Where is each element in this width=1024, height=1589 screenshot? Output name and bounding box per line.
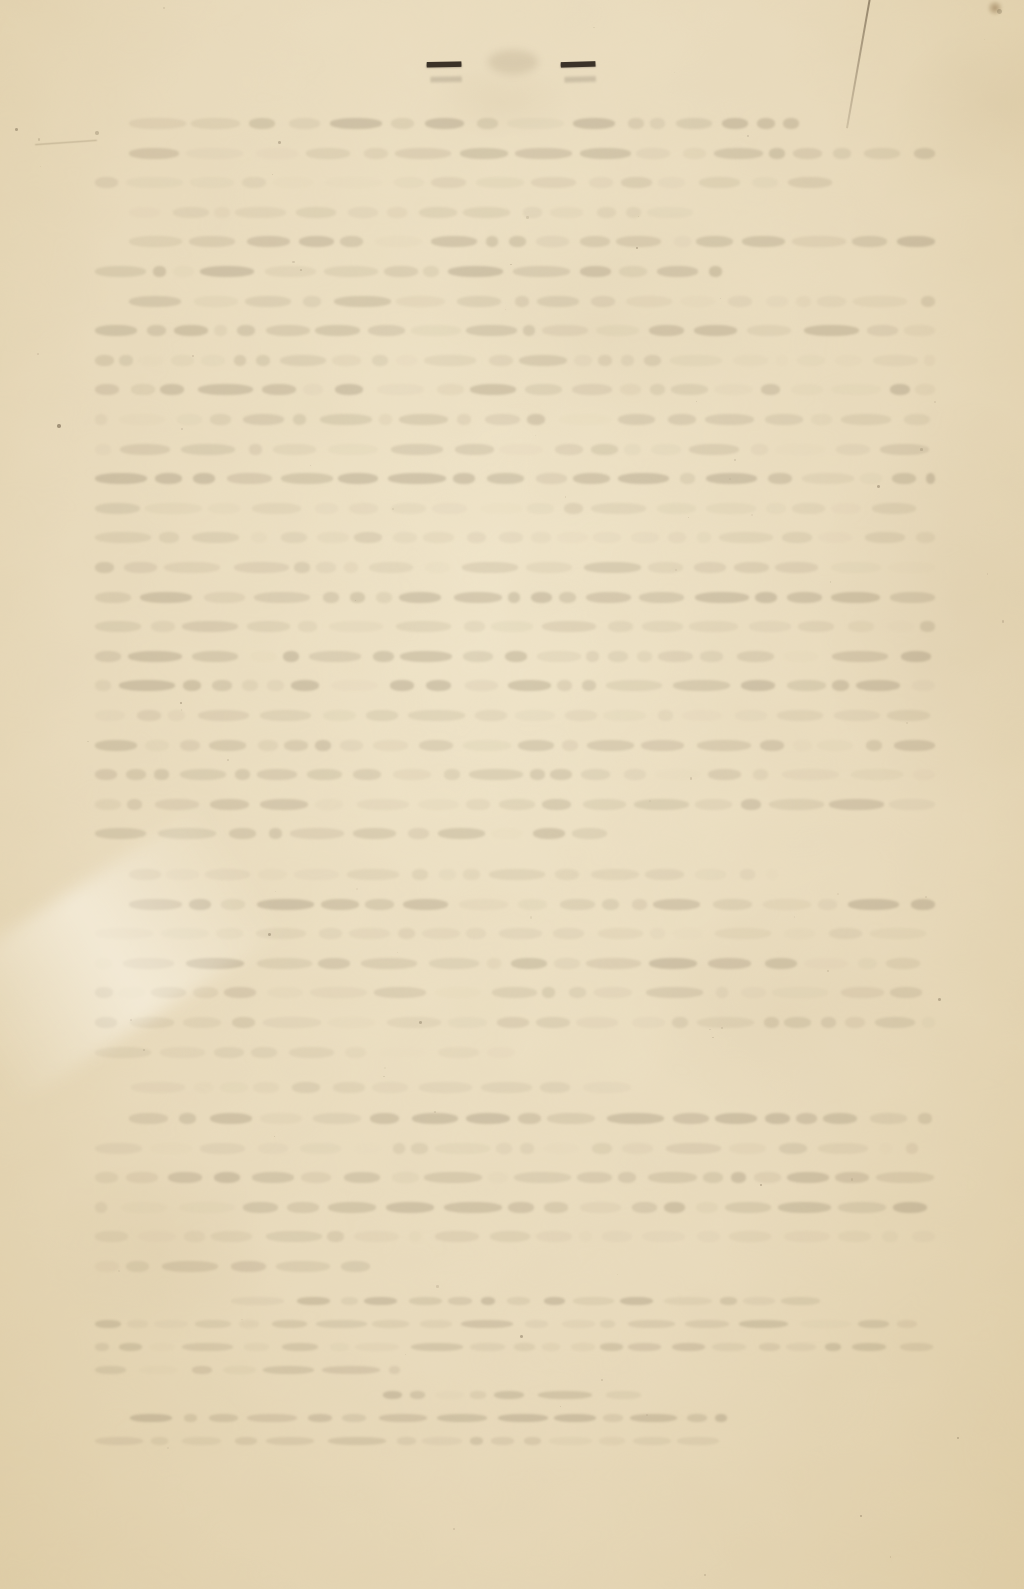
faded-word [120,444,170,455]
faded-word [310,987,367,998]
faded-word [897,236,935,247]
faded-word [742,236,784,247]
faded-word [95,1366,126,1374]
faded-word [496,1143,512,1154]
faded-word [926,473,935,484]
faded-word [435,1391,464,1399]
faded-word [725,1202,771,1213]
faded-text-line [95,355,935,366]
faded-word [491,1437,514,1445]
paper-speck [906,722,908,724]
faded-word [778,1202,831,1213]
faded-word [606,1391,641,1399]
paper-speck [118,1270,120,1272]
faded-word [918,1113,932,1124]
faded-word [419,740,453,751]
faded-word [573,473,610,484]
faded-word [793,148,823,159]
faded-word [781,1297,821,1305]
faded-word [860,473,882,484]
faded-word [574,355,592,366]
faded-word [882,1231,898,1242]
faded-word [555,869,579,880]
faded-word [831,503,861,514]
faded-word [119,1343,142,1351]
faded-word [365,899,394,910]
faded-word [804,958,848,969]
faded-word [429,958,479,969]
faded-word [154,1320,189,1328]
paper-speck [526,216,528,218]
faded-word [235,207,286,218]
paper-speck [95,131,99,135]
faded-word [542,1343,560,1351]
faded-word [95,384,119,395]
faded-word [834,710,880,721]
faded-word [591,296,615,307]
faded-word [95,562,114,573]
faded-word [921,296,935,307]
faded-word [648,1172,696,1183]
faded-word [126,1172,157,1183]
faded-word [922,1017,935,1028]
faded-word [327,1231,344,1242]
faded-word [211,1231,252,1242]
faded-word [194,296,238,307]
faded-word [435,987,481,998]
faded-text-line [131,1082,643,1093]
faded-word [841,414,890,425]
faded-word [733,355,769,366]
faded-word [848,621,875,632]
faded-word [425,118,465,129]
faded-text-line [95,503,935,514]
faded-word [391,118,414,129]
paper-speck [300,269,302,271]
faded-word [129,1113,168,1124]
faded-word [602,1231,632,1242]
faded-word [464,621,485,632]
faded-word [870,1113,907,1124]
faded-word [580,266,611,277]
faded-word [494,1391,525,1399]
faded-word [685,1320,729,1328]
faded-text-line [95,799,935,810]
faded-word [591,444,617,455]
faded-word [777,710,823,721]
faded-word [709,266,722,277]
faded-word [653,899,699,910]
faded-word [565,710,597,721]
faded-word [841,987,884,998]
faded-word [480,503,521,514]
faded-word [463,740,512,751]
faded-word [682,710,722,721]
paper-speck [15,128,18,131]
faded-word [328,444,378,455]
faded-word [408,710,465,721]
faded-word [765,1113,790,1124]
faded-word [600,1343,623,1351]
faded-word [320,414,372,425]
faded-word [266,1231,322,1242]
faded-word [865,532,905,543]
faded-word [145,740,169,751]
faded-word [741,799,761,810]
faded-word [127,1320,148,1328]
faded-word [126,1261,149,1272]
faded-word [290,828,343,839]
faded-word [524,1437,541,1445]
faded-word [518,1113,540,1124]
faded-word [340,740,363,751]
faded-word [536,1231,572,1242]
faded-word [227,473,272,484]
faded-word [618,473,669,484]
faded-word [129,118,186,129]
faded-word [560,899,595,910]
faded-word [572,384,612,395]
faded-word [649,958,697,969]
faded-word [355,1343,399,1351]
faded-word [783,118,799,129]
faded-word [260,710,311,721]
faded-word [140,592,191,603]
faded-word [523,325,536,336]
faded-word [214,1047,244,1058]
faded-word [655,769,700,780]
faded-word [751,444,768,455]
faded-word [681,296,716,307]
faded-word [147,325,165,336]
faded-word [131,1082,185,1093]
faded-word [353,769,380,780]
paper-speck [704,1574,706,1576]
faded-word [600,1320,616,1328]
faded-word [488,1172,508,1183]
faded-word [886,958,920,969]
faded-word [599,1437,625,1445]
faded-word [422,1437,462,1445]
faded-word [870,928,926,939]
faded-word [557,680,572,691]
faded-word [95,1261,119,1272]
faded-word [657,266,697,277]
faded-word [687,1414,706,1422]
faded-word [180,740,200,751]
faded-word [173,266,194,277]
faded-word [431,236,477,247]
faded-word [95,532,151,543]
paper-speck [837,893,839,895]
faded-text-line [95,1231,935,1242]
faded-word [491,621,533,632]
faded-text-line [95,1047,515,1058]
paper-speck [920,448,923,451]
faded-word [127,799,142,810]
faded-word [589,177,614,188]
faded-word [603,1414,622,1422]
faded-word [476,177,524,188]
faded-word [536,236,569,247]
paper-speck [278,141,281,144]
faded-word [559,414,611,425]
faded-word [769,799,823,810]
faded-word [95,799,121,810]
faded-word [95,592,131,603]
faded-word [180,769,226,780]
faded-word [392,1172,419,1183]
faded-word [418,799,460,810]
faded-word [508,680,551,691]
faded-word [251,1047,277,1058]
faded-word [386,1202,434,1213]
faded-word [544,1143,579,1154]
faded-word [697,1231,720,1242]
faded-word [200,266,254,277]
paper-speck [938,998,941,1001]
faded-word [237,325,255,336]
faded-word [796,296,811,307]
scanned-book-page: — — — — [0,0,1024,1589]
faded-word [624,769,646,780]
faded-word [155,473,182,484]
faded-word [772,987,828,998]
faded-word [119,355,132,366]
faded-text-line [95,1143,935,1154]
faded-word [330,1343,349,1351]
faded-word [231,1261,266,1272]
faded-word [784,1231,829,1242]
faded-word [160,384,184,395]
faded-word [569,987,587,998]
faded-word [888,621,913,632]
faded-word [171,355,194,366]
paper-speck [37,353,39,355]
faded-word [696,1202,718,1213]
faded-word [715,1414,727,1422]
faded-word [542,987,555,998]
faded-word [377,384,424,395]
faded-word [251,532,267,543]
faded-word [124,562,157,573]
faded-word [384,266,417,277]
faded-word [832,651,889,662]
faded-word [697,1017,753,1028]
faded-word [179,1202,235,1213]
faded-word [875,1017,915,1028]
faded-word [817,296,846,307]
faded-word [505,651,527,662]
faded-word [331,680,378,691]
faded-word [282,1343,318,1351]
faded-word [765,958,798,969]
faded-word [562,740,578,751]
faded-word [766,869,777,880]
faded-word [580,1202,622,1213]
faded-word [554,958,580,969]
faded-word [677,1437,719,1445]
faded-word [519,355,567,366]
faded-word [490,1231,530,1242]
faded-word [177,414,202,425]
faded-word [410,1391,425,1399]
faded-word [389,1366,400,1374]
faded-word [796,1113,818,1124]
paper-speck [383,1076,384,1077]
faded-word [376,592,392,603]
faded-word [911,899,935,910]
faded-word [626,296,672,307]
faded-word [564,503,583,514]
faded-word [636,148,670,159]
faded-word [463,869,480,880]
faded-word [664,1202,685,1213]
faded-word [904,414,930,425]
paper-speck [860,1515,862,1517]
faded-word [315,503,339,514]
paper-speck [419,1021,422,1024]
faded-word [463,207,510,218]
faded-word [766,503,787,514]
faded-word [235,769,250,780]
faded-word [391,503,426,514]
faded-word [695,592,749,603]
faded-word [597,207,616,218]
faded-word [477,118,497,129]
faded-word [651,444,680,455]
faded-word [689,444,739,455]
faded-word [740,869,755,880]
faded-word [784,1017,811,1028]
faded-word [276,1261,330,1272]
faded-word [719,532,773,543]
faded-text-line [129,236,935,247]
faded-word [423,266,440,277]
faded-word [372,1082,408,1093]
faded-word [194,1082,214,1093]
faded-word [920,621,935,632]
faded-word [335,384,364,395]
faded-word [829,799,883,810]
faded-word [508,592,520,603]
faded-text-line [95,1320,933,1328]
faded-text-line [129,296,935,307]
faded-word [775,562,818,573]
faded-word [265,266,316,277]
faded-word [183,1017,221,1028]
faded-word [864,148,900,159]
faded-word [818,899,837,910]
faded-text-line [95,532,935,543]
faded-word [766,296,788,307]
faded-word [269,828,282,839]
faded-word [832,680,849,691]
faded-text-line [95,1343,933,1351]
faded-word [912,680,935,691]
faded-word [481,1297,495,1305]
faded-word [299,236,335,247]
faded-word [151,1437,169,1445]
faded-word [126,769,146,780]
faded-word [906,1143,918,1154]
faded-word [632,1017,665,1028]
faded-word [562,1320,595,1328]
faded-word [547,1113,595,1124]
faded-word [198,384,253,395]
faded-word [95,710,125,721]
faded-word [361,958,417,969]
faded-word [858,958,877,969]
faded-word [244,1343,268,1351]
faded-word [838,1202,886,1213]
faded-text-line [95,621,935,632]
faded-word [131,384,154,395]
faded-word [642,1231,684,1242]
faded-word [138,1231,176,1242]
faded-word [192,651,238,662]
faded-word [634,799,690,810]
faded-word [658,710,673,721]
faded-text-line [129,207,693,218]
paper-speck [1002,620,1004,622]
faded-word [263,1366,314,1374]
faded-word [764,1017,779,1028]
faded-word [775,444,824,455]
faded-word [737,651,774,662]
faded-word [695,869,727,880]
faded-word [470,1343,505,1351]
faded-word [793,740,811,751]
faded-word [412,1113,458,1124]
faded-word [420,1320,452,1328]
faded-word [787,592,822,603]
faded-word [129,148,179,159]
faded-word [876,1172,934,1183]
paper-speck [434,1111,436,1113]
faded-word [257,958,312,969]
faded-word [173,207,209,218]
faded-word [582,680,596,691]
faded-word [754,1172,780,1183]
faded-word [200,1143,244,1154]
faded-word [817,740,853,751]
faded-word [234,562,289,573]
faded-word [258,1143,288,1154]
faded-word [587,740,634,751]
faded-word [831,384,881,395]
faded-word [757,118,775,129]
faded-word [531,532,551,543]
faded-word [329,621,383,632]
faded-word [924,355,935,366]
faded-word [852,236,887,247]
faded-word [673,1113,710,1124]
faded-word [856,680,900,691]
faded-word [731,1172,746,1183]
faded-word [518,740,554,751]
faded-word [95,414,107,425]
paper-speck [617,1274,618,1275]
faded-word [527,414,545,425]
faded-word [481,1082,532,1093]
faded-word [486,236,498,247]
faded-word [379,1047,426,1058]
faded-word [470,1437,483,1445]
faded-word [439,869,455,880]
faded-word [708,769,741,780]
faded-word [700,651,722,662]
